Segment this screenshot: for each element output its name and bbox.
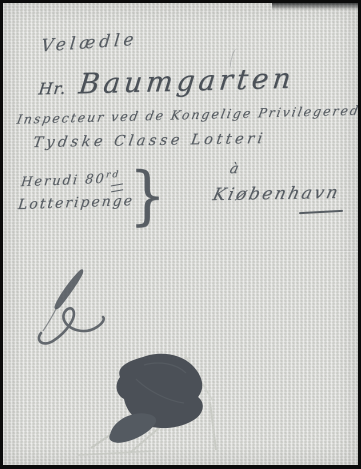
letter-paper: Velædle Hr. Baumgarten Inspecteur ved de… <box>3 3 358 465</box>
address-name: Baumgarten <box>77 62 296 101</box>
value-notation-line2: Lotteripenge <box>17 193 135 213</box>
address-title-line: Inspecteur ved de Kongelige Privilegered… <box>16 102 358 126</box>
notation-unit: rd <box>105 170 120 181</box>
scanned-letter-photo: Velædle Hr. Baumgarten Inspecteur ved de… <box>0 0 361 469</box>
address-name-row: Hr. Baumgarten <box>37 62 296 102</box>
notation-amount-group: 80rd <box>84 172 120 188</box>
notation-word: Herudi <box>20 173 80 190</box>
address-institution-line: Tydske Classe Lotteri <box>32 131 267 151</box>
brace-mark: } <box>129 158 166 233</box>
underline-flourish <box>299 210 343 214</box>
wax-seal-fragment-icon <box>107 411 159 444</box>
fold-crease-horizontal <box>43 250 358 252</box>
pen-flourish-icon <box>33 255 113 347</box>
value-notation-line1: Herudi80rd <box>20 170 120 190</box>
scan-edge-shadow <box>272 3 358 10</box>
wax-seal-area <box>60 335 280 465</box>
double-underline-mark <box>111 184 123 193</box>
destination-prefix: à <box>228 161 240 177</box>
address-salutation: Velædle <box>40 30 138 57</box>
notation-amount: 80 <box>84 172 106 188</box>
address-honorific: Hr. <box>38 79 68 99</box>
destination-city: Kiøbenhavn <box>211 183 343 205</box>
